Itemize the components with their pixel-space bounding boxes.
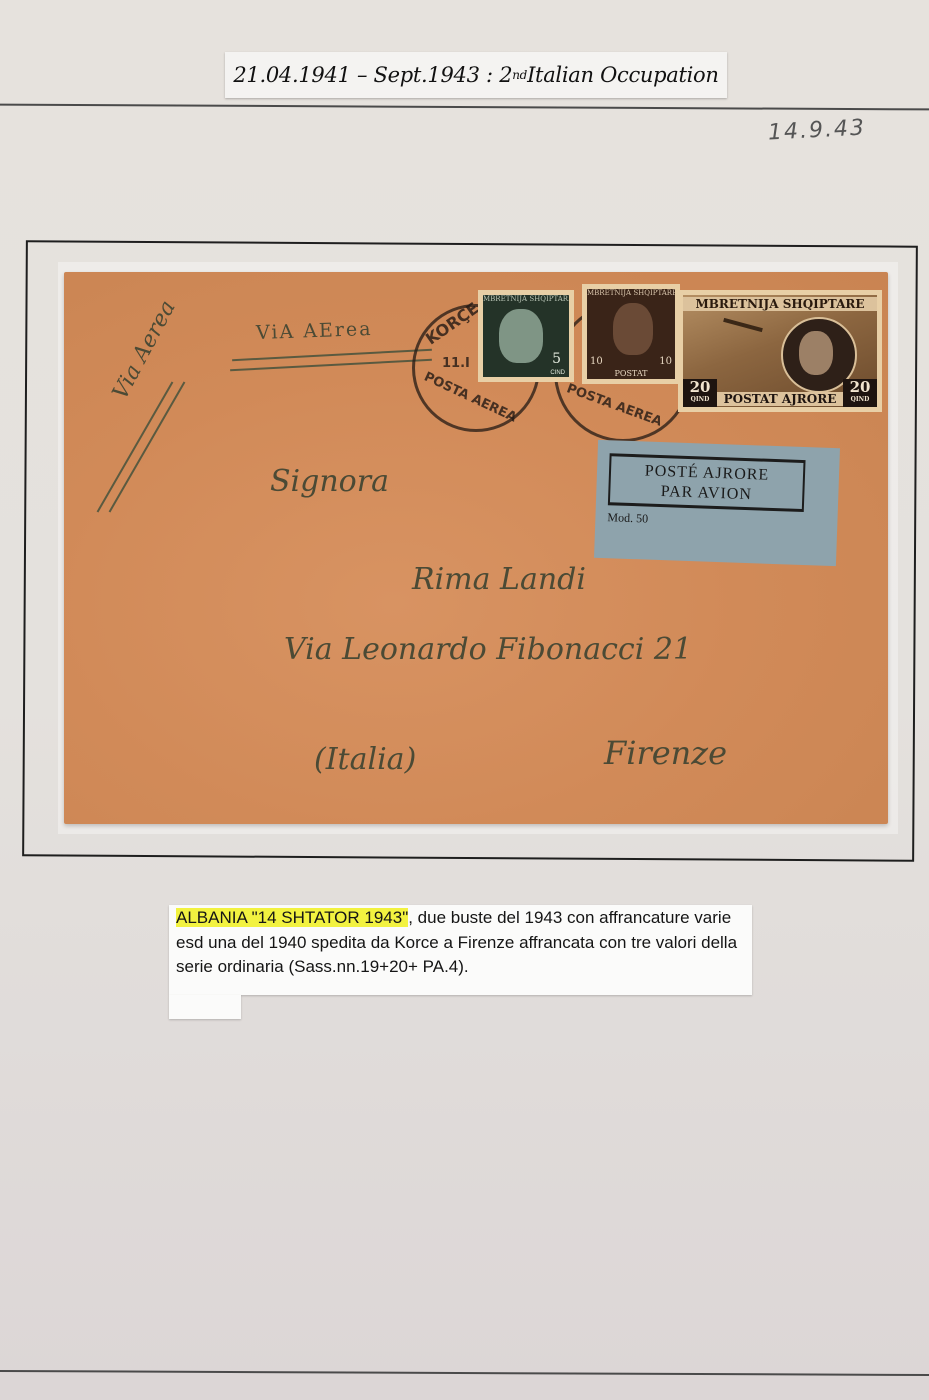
- stamp-1-value: 5: [552, 351, 561, 367]
- address-city: Firenze: [604, 734, 727, 772]
- stamp-3-value-left-unit: QIND: [683, 396, 717, 403]
- underline-2: [230, 359, 432, 372]
- stamp-3-bottom-text: POSTAT AJRORE: [717, 392, 843, 406]
- stamp-1-unit: CIND: [550, 370, 565, 376]
- stamp-3-airplane: [723, 318, 763, 332]
- stamp-3-portrait: [799, 331, 833, 375]
- caption-text: ALBANIA "14 SHTATOR 1943", due buste del…: [176, 906, 751, 980]
- airmail-etiquette-box: POSTÉ AJRORE PAR AVION: [608, 453, 806, 512]
- stamp-3-value-left: 20 QIND: [683, 379, 717, 407]
- address-street: Via Leonardo Fibonacci 21: [284, 632, 692, 667]
- stamp-5-cind: MBRETNIJA SHQIPTARE 5 CIND: [478, 290, 574, 382]
- airmail-model-number: Mod. 50: [607, 510, 648, 526]
- title-prefix: 21.04.1941 – Sept.1943 : 2: [233, 63, 512, 87]
- stamp-2-value-left: 10: [590, 356, 603, 367]
- stamp-2-portrait: [613, 303, 653, 355]
- stamp-3-top-text: MBRETNIJA SHQIPTARE: [683, 297, 877, 311]
- stamp-3-value-right-unit: QIND: [843, 396, 877, 403]
- address-name: Rima Landi: [412, 562, 586, 597]
- stamp-10-qind: MBRETNIJA SHQIPTARE 10 10 POSTAT: [582, 284, 680, 384]
- address-salutation: Signora: [270, 464, 389, 499]
- caption-highlight: ALBANIA "14 SHTATOR 1943": [176, 908, 408, 927]
- stamp-3-value-left-number: 20: [683, 379, 717, 396]
- stamp-3-value-right: 20 QIND: [843, 379, 877, 407]
- caption-label-tail: [169, 995, 241, 1019]
- stamp-2-bottom-text: POSTAT: [587, 369, 675, 378]
- diagonal-rule-2: [109, 382, 186, 513]
- airmail-etiquette: POSTÉ AJRORE PAR AVION Mod. 50: [594, 440, 840, 566]
- stamp-3-value-right-number: 20: [843, 379, 877, 396]
- bottom-page-rule: [0, 1370, 929, 1376]
- page-title-label: 21.04.1941 – Sept.1943 : 2nd Italian Occ…: [225, 52, 727, 98]
- pencil-date-note: 14.9.43: [767, 115, 866, 145]
- address-country: (Italia): [314, 742, 416, 777]
- stamp-2-value-right: 10: [659, 356, 672, 367]
- stamp-20-qind-airmail: MBRETNIJA SHQIPTARE 20 QIND 20 QIND POST…: [678, 290, 882, 412]
- top-page-rule: [0, 104, 929, 111]
- title-suffix: Italian Occupation: [527, 63, 719, 87]
- title-superscript: nd: [512, 68, 527, 82]
- postmark-1-date: 11.I: [442, 356, 470, 371]
- stamp-1-top-text: MBRETNIJA SHQIPTARE: [483, 295, 569, 303]
- via-aerea-top: ViA AErea: [256, 318, 373, 344]
- stamp-1-portrait: [499, 309, 543, 363]
- stamp-2-top-text: MBRETNIJA SHQIPTARE: [587, 289, 675, 297]
- diagonal-rule-1: [97, 382, 174, 513]
